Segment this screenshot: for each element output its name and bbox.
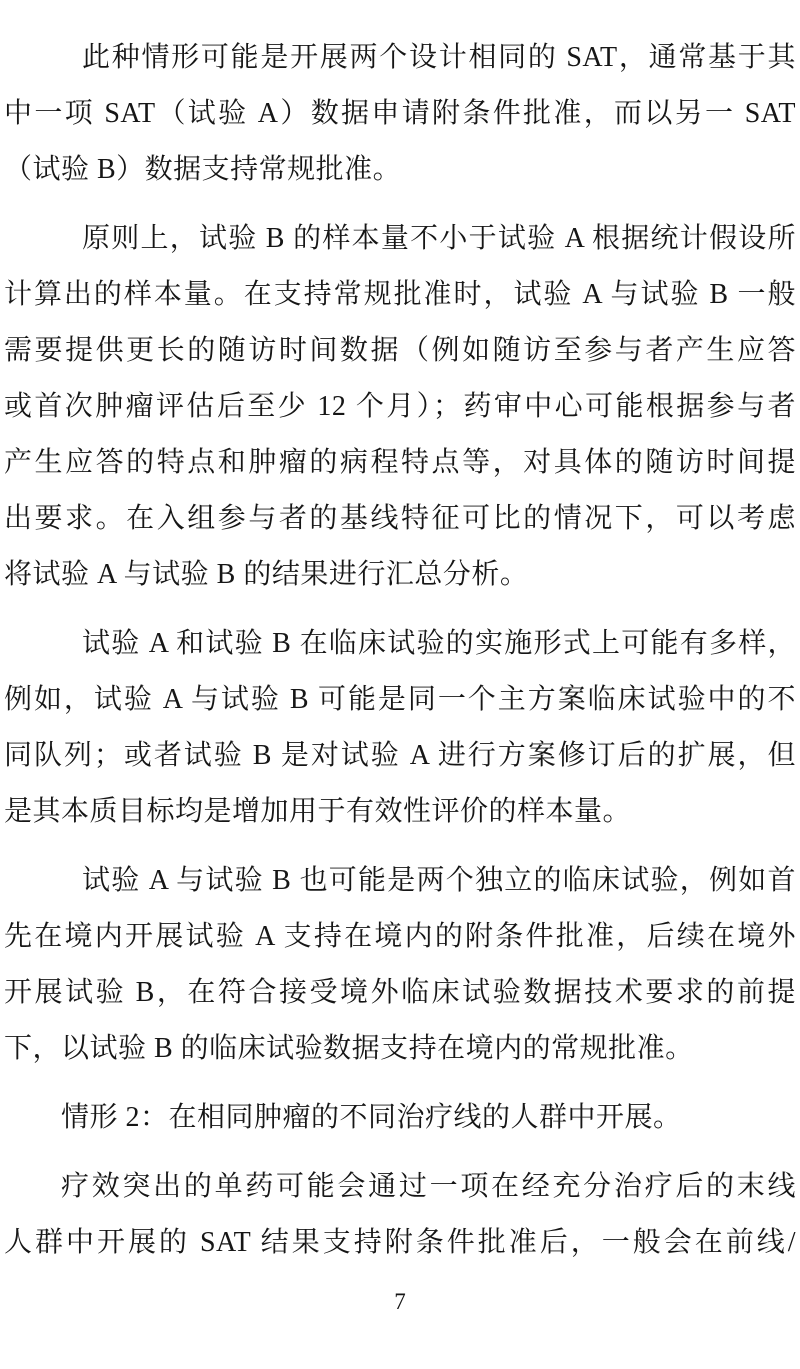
text-line: 疗效突出的单药可能会通过一项在经充分治疗后的末线	[4, 1159, 796, 1215]
text-line: 此种情形可能是开展两个设计相同的 SAT，通常基于其	[4, 30, 796, 86]
text-line: 开展试验 B，在符合接受境外临床试验数据技术要求的前提	[4, 965, 796, 1021]
document-body: 此种情形可能是开展两个设计相同的 SAT，通常基于其中一项 SAT（试验 A）数…	[0, 0, 800, 1271]
paragraph: 疗效突出的单药可能会通过一项在经充分治疗后的末线人群中开展的 SAT 结果支持附…	[4, 1159, 796, 1271]
document-page: 此种情形可能是开展两个设计相同的 SAT，通常基于其中一项 SAT（试验 A）数…	[0, 0, 800, 1369]
text-line: 是其本质目标均是增加用于有效性评价的样本量。	[4, 784, 796, 840]
paragraph: 试验 A 和试验 B 在临床试验的实施形式上可能有多样，例如，试验 A 与试验 …	[4, 616, 796, 840]
paragraph: 情形 2：在相同肿瘤的不同治疗线的人群中开展。	[4, 1090, 796, 1146]
text-line: 先在境内开展试验 A 支持在境内的附条件批准，后续在境外	[4, 909, 796, 965]
text-line: 原则上，试验 B 的样本量不小于试验 A 根据统计假设所	[4, 211, 796, 267]
text-line: 下，以试验 B 的临床试验数据支持在境内的常规批准。	[4, 1021, 796, 1077]
paragraph: 此种情形可能是开展两个设计相同的 SAT，通常基于其中一项 SAT（试验 A）数…	[4, 30, 796, 198]
text-line: 人群中开展的 SAT 结果支持附条件批准后，一般会在前线/	[4, 1215, 796, 1271]
text-line: 产生应答的特点和肿瘤的病程特点等，对具体的随访时间提	[4, 435, 796, 491]
paragraph: 原则上，试验 B 的样本量不小于试验 A 根据统计假设所计算出的样本量。在支持常…	[4, 211, 796, 603]
text-line: 出要求。在入组参与者的基线特征可比的情况下，可以考虑	[4, 491, 796, 547]
text-line: 试验 A 与试验 B 也可能是两个独立的临床试验，例如首	[4, 853, 796, 909]
page-number: 7	[0, 1287, 800, 1317]
text-line: 情形 2：在相同肿瘤的不同治疗线的人群中开展。	[4, 1090, 796, 1146]
paragraph: 试验 A 与试验 B 也可能是两个独立的临床试验，例如首先在境内开展试验 A 支…	[4, 853, 796, 1077]
text-line: 将试验 A 与试验 B 的结果进行汇总分析。	[4, 547, 796, 603]
text-line: 或首次肿瘤评估后至少 12 个月）；药审中心可能根据参与者	[4, 379, 796, 435]
text-line: 同队列；或者试验 B 是对试验 A 进行方案修订后的扩展，但	[4, 728, 796, 784]
text-line: 中一项 SAT（试验 A）数据申请附条件批准，而以另一 SAT	[4, 86, 796, 142]
text-line: 计算出的样本量。在支持常规批准时，试验 A 与试验 B 一般	[4, 267, 796, 323]
text-line: 需要提供更长的随访时间数据（例如随访至参与者产生应答	[4, 323, 796, 379]
text-line: （试验 B）数据支持常规批准。	[4, 142, 796, 198]
text-line: 试验 A 和试验 B 在临床试验的实施形式上可能有多样，	[4, 616, 796, 672]
text-line: 例如，试验 A 与试验 B 可能是同一个主方案临床试验中的不	[4, 672, 796, 728]
